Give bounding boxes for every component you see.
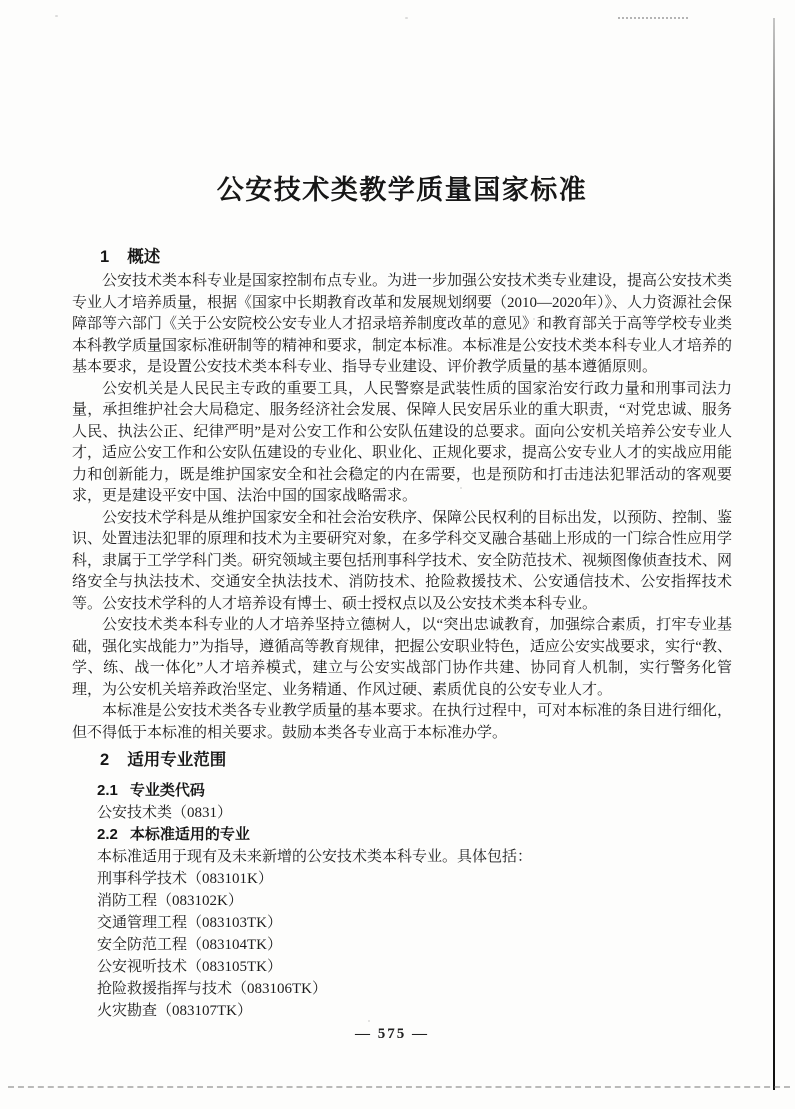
major-item: 公安视听技术（083105TK） xyxy=(97,956,732,978)
section-2-2-title: 本标准适用的专业 xyxy=(130,826,250,843)
section-2: 2适用专业范围 2.1专业类代码 公安技术类（0831） 2.2本标准适用的专业… xyxy=(72,749,732,1022)
section-2-1-number: 2.1 xyxy=(97,782,118,799)
scan-speck xyxy=(55,15,58,17)
section-2-heading: 2适用专业范围 xyxy=(100,749,732,771)
paragraph: 公安技术学科是从维护国家安全和社会治安秩序、保障公民权利的目标出发，以预防、控制… xyxy=(72,508,732,616)
major-item: 抢险救援指挥与技术（083106TK） xyxy=(97,978,732,1000)
scan-speck xyxy=(533,318,535,320)
scan-speck xyxy=(368,1020,370,1022)
section-2-1-title: 专业类代码 xyxy=(130,782,205,799)
applicable-majors-intro: 本标准适用于现有及未来新增的公安技术类本科专业。具体包括： xyxy=(97,846,732,868)
paragraph: 公安技术类本科专业是国家控制布点专业。为进一步加强公安技术类专业建设，提高公安技… xyxy=(72,271,732,379)
section-2-2-heading: 2.2本标准适用的专业 xyxy=(97,824,732,846)
section-1-body: 公安技术类本科专业是国家控制布点专业。为进一步加强公安技术类专业建设，提高公安技… xyxy=(72,271,732,744)
scan-speck xyxy=(405,17,408,19)
paragraph: 公安机关是人民民主专政的重要工具，人民警察是武装性质的国家治安行政力量和刑事司法… xyxy=(72,379,732,508)
scan-page-edge-right xyxy=(773,18,775,1090)
scan-page-edge-bottom xyxy=(8,1086,790,1088)
section-1-heading: 1概述 xyxy=(100,243,160,267)
section-1-title: 概述 xyxy=(127,248,160,266)
section-1-number: 1 xyxy=(100,248,109,266)
category-code-line: 公安技术类（0831） xyxy=(97,802,732,824)
document-title: 公安技术类教学质量国家标准 xyxy=(72,168,732,207)
major-item: 安全防范工程（083104TK） xyxy=(97,934,732,956)
page-number: — 575 — xyxy=(72,1026,712,1043)
scan-speck xyxy=(460,487,462,489)
major-item: 火灾勘查（083107TK） xyxy=(97,1000,732,1022)
section-2-number: 2 xyxy=(100,751,109,769)
section-2-title: 适用专业范围 xyxy=(127,751,226,769)
section-2-2-number: 2.2 xyxy=(97,826,118,843)
paragraph: 本标准是公安技术类各专业教学质量的基本要求。在执行过程中，可对本标准的条目进行细… xyxy=(72,701,732,744)
scan-page-edge-top xyxy=(618,17,688,19)
scan-speck xyxy=(295,577,297,579)
paragraph: 公安技术类本科专业的人才培养坚持立德树人，以“突出忠诚教育，加强综合素质，打牢专… xyxy=(72,615,732,701)
major-item: 消防工程（083102K） xyxy=(97,890,732,912)
scanned-document-page: 公安技术类教学质量国家标准 1概述 公安技术类本科专业是国家控制布点专业。为进一… xyxy=(0,0,795,1109)
major-item: 交通管理工程（083103TK） xyxy=(97,912,732,934)
major-item: 刑事科学技术（083101K） xyxy=(97,868,732,890)
section-2-1-heading: 2.1专业类代码 xyxy=(97,780,732,802)
majors-list: 刑事科学技术（083101K） 消防工程（083102K） 交通管理工程（083… xyxy=(72,868,732,1022)
